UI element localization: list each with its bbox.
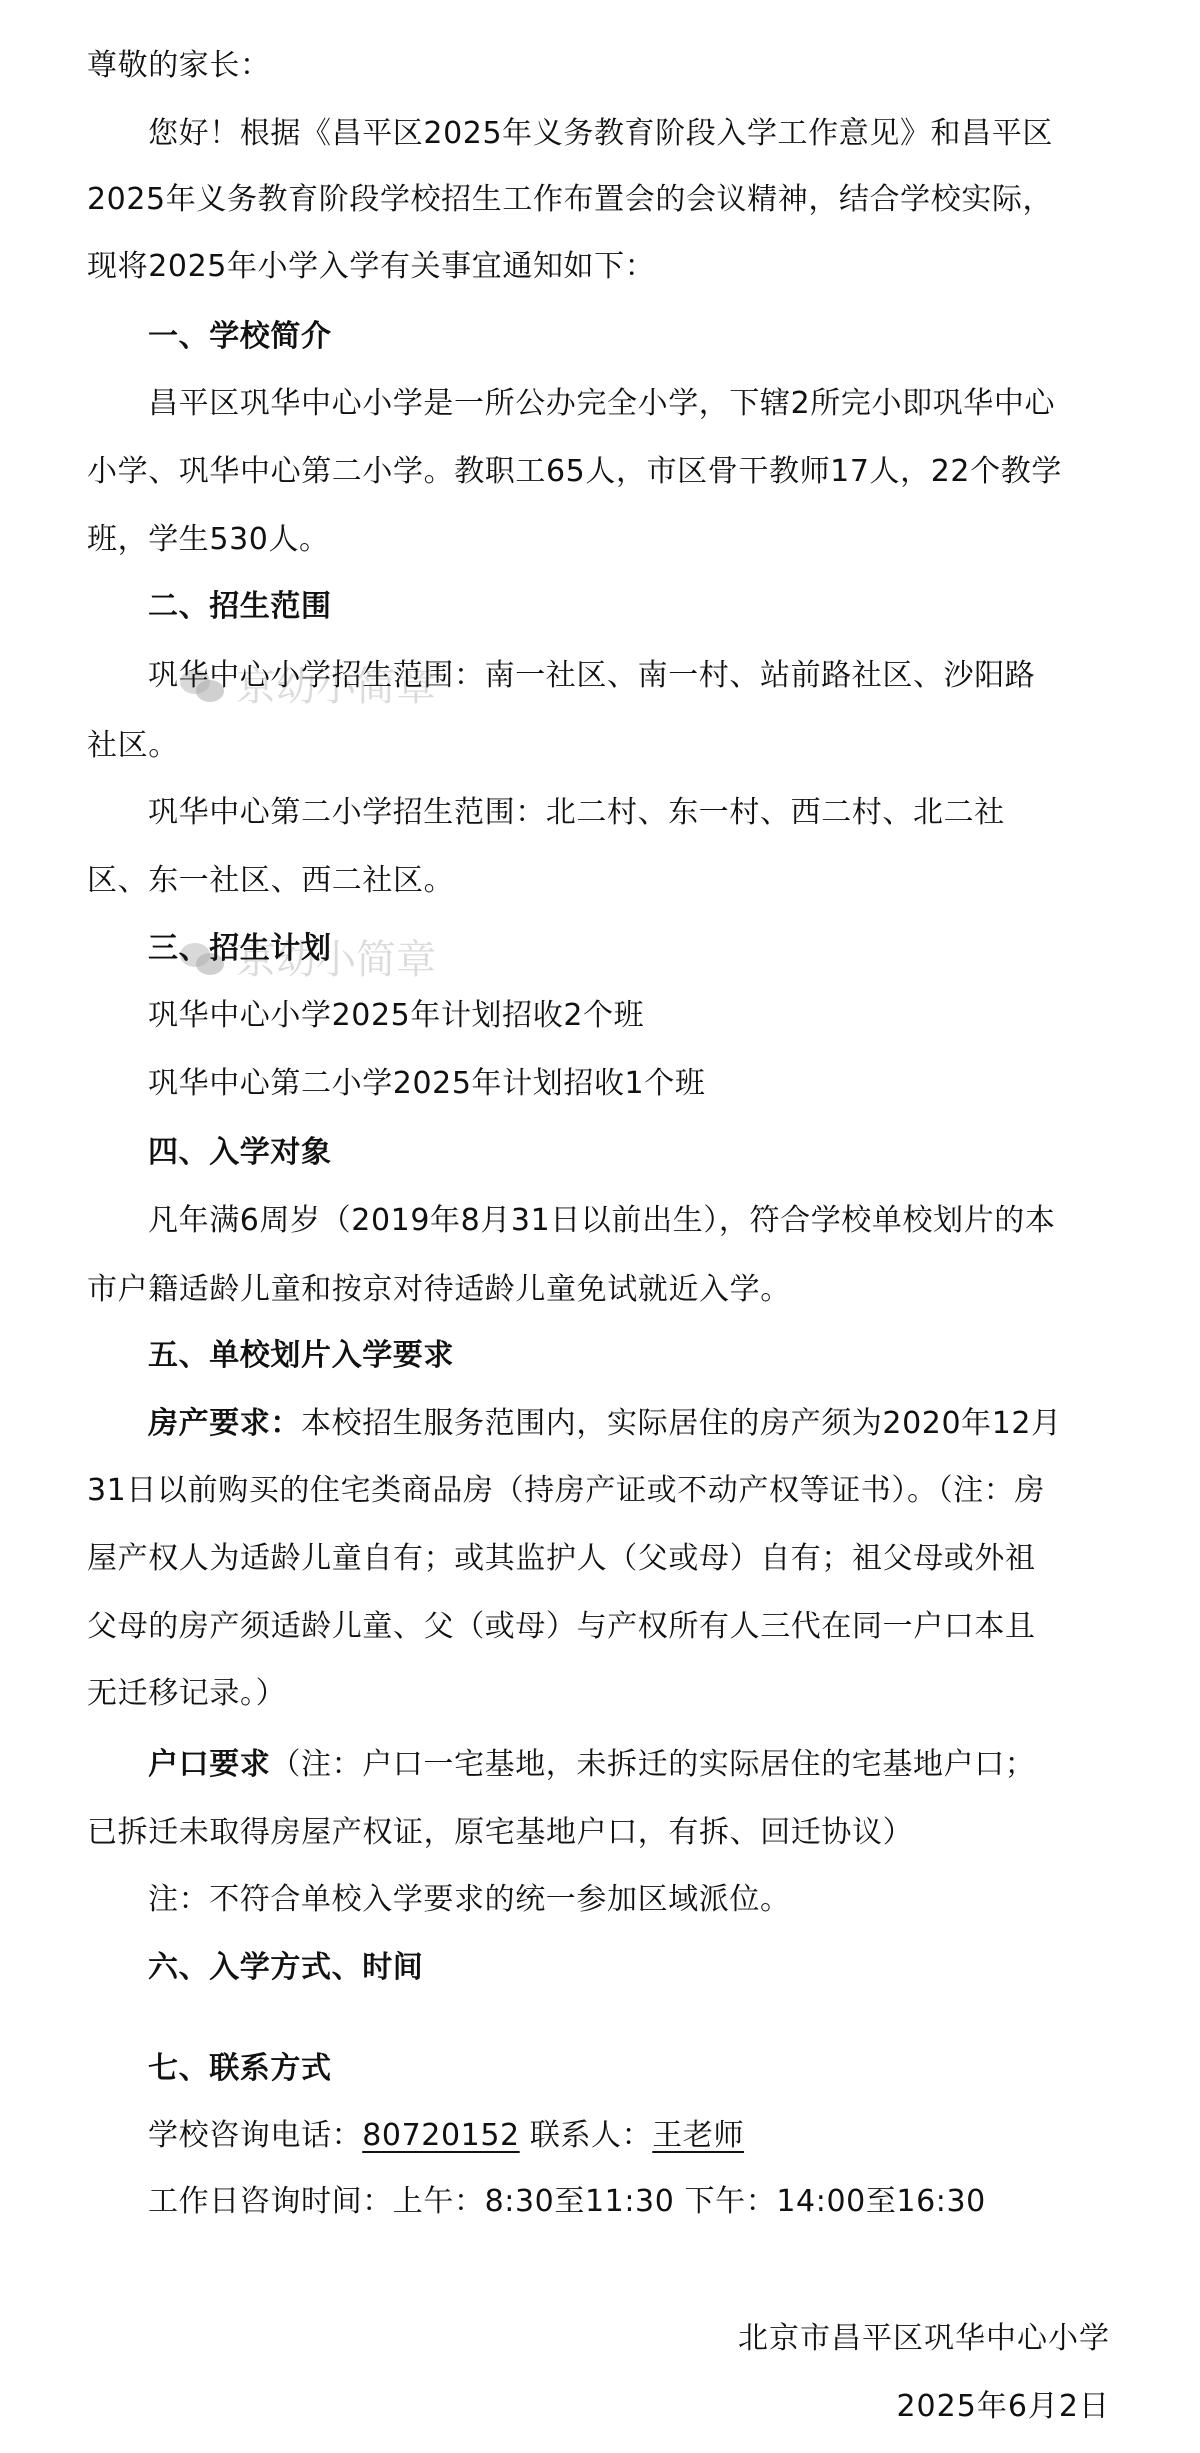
section-heading: 六、入学方式、时间 (148, 1948, 423, 1988)
paragraph-line: 巩华中心第二小学2025年计划招收1个班 (148, 1064, 705, 1104)
note-line: 注：不符合单校入学要求的统一参加区域派位。 (148, 1880, 791, 1920)
property-requirement-line: 房产要求：本校招生服务范围内，实际居住的房产须为2020年12月 (148, 1404, 1062, 1444)
paragraph-line: 父母的房产须适龄儿童、父（或母）与产权所有人三代在同一户口本且 (87, 1607, 1036, 1647)
hukou-requirement-line: 户口要求（注：户口一宅基地，未拆迁的实际居住的宅基地户口； (148, 1745, 1035, 1785)
section-heading: 二、招生范围 (148, 587, 332, 627)
paragraph-line: 班，学生530人。 (87, 520, 330, 560)
paragraph-line: 昌平区巩华中心小学是一所公办完全小学，下辖2所完小即巩华中心 (148, 384, 1055, 424)
hukou-label: 户口要求 (148, 1747, 270, 1782)
paragraph-line: 屋产权人为适龄儿童自有；或其监护人（父或母）自有；祖父母或外祖 (87, 1539, 1036, 1579)
paragraph-line: 无迁移记录。） (87, 1674, 286, 1714)
signature-org: 北京市昌平区巩华中心小学 (738, 2319, 1110, 2359)
section-heading: 五、单校划片入学要求 (148, 1336, 454, 1376)
section-heading: 一、学校简介 (148, 317, 332, 357)
paragraph-line: 巩华中心第二小学招生范围：北二村、东一村、西二村、北二社 (148, 793, 1005, 833)
intro-line: 2025年义务教育阶段学校招生工作布置会的会议精神，结合学校实际， (87, 180, 1053, 220)
signature-date: 2025年6月2日 (896, 2387, 1110, 2427)
paragraph-line: 巩华中心小学招生范围：南一社区、南一村、站前路社区、沙阳路 (148, 656, 1035, 696)
paragraph-line: 凡年满6周岁（2019年8月31日以前出生），符合学校单校划片的本 (148, 1201, 1056, 1241)
hours-line: 工作日咨询时间：上午：8:30至11:30 下午：14:00至16:30 (148, 2182, 986, 2222)
paragraph-line: 市户籍适龄儿童和按京对待适龄儿童免试就近入学。 (87, 1270, 791, 1310)
paragraph-line: 小学、巩华中心第二小学。教职工65人，市区骨干教师17人，22个教学 (87, 452, 1062, 492)
contact-line: 学校咨询电话：80720152 联系人：王老师 (148, 2116, 744, 2156)
section-heading: 七、联系方式 (148, 2049, 332, 2089)
property-label: 房产要求： (148, 1406, 301, 1441)
paragraph-line: 已拆迁未取得房屋产权证，原宅基地户口，有拆、回迁协议） (87, 1813, 913, 1853)
paragraph-line: 31日以前购买的住宅类商品房（持房产证或不动产权等证书）。（注：房 (87, 1471, 1045, 1511)
section-heading: 三、招生计划 (148, 929, 332, 969)
contact-person-link[interactable]: 王老师 (652, 2118, 744, 2153)
paragraph-line: 巩华中心小学2025年计划招收2个班 (148, 996, 644, 1036)
intro-line: 现将2025年小学入学有关事宜通知如下： (87, 247, 655, 287)
paragraph-line: 社区。 (87, 726, 179, 766)
section-heading: 四、入学对象 (148, 1133, 332, 1173)
paragraph-line: 区、东一社区、西二社区。 (87, 861, 454, 901)
greeting: 尊敬的家长： (87, 46, 271, 86)
intro-line: 您好！根据《昌平区2025年义务教育阶段入学工作意见》和昌平区 (148, 114, 1053, 154)
phone-number-link[interactable]: 80720152 (362, 2118, 520, 2153)
